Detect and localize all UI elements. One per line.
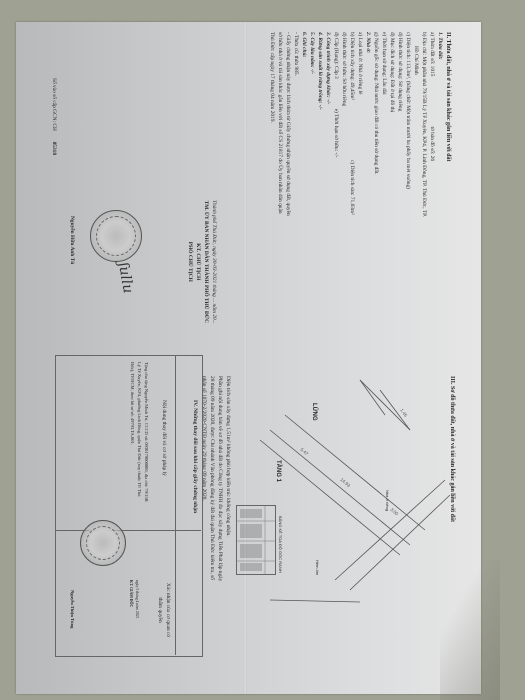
svg-text:14.93: 14.93: [339, 477, 351, 488]
map-label-neighbor: Nhà ở riêng: [385, 490, 390, 511]
map-note-3: 28 tháng 09 năm 2020, được Chi nhánh Văn…: [208, 376, 216, 581]
map-note-2: Phần ghi nội dung bản vẽ sơ đồ nhà đất d…: [216, 376, 224, 581]
confirm-date: ngày 5 tháng 4 năm 2021: [134, 580, 140, 619]
perennial-trees: 5. Cây lâu năm: -/-: [308, 32, 316, 217]
notes-heading: 6. Ghi chú:: [300, 32, 308, 217]
map-sheet-number: tờ bản đồ số: 26: [429, 126, 435, 161]
production-forest: 4. Rừng sản xuất là rừng trồng: -/-: [316, 32, 324, 217]
map-label-floor1: TẦNG 1: [275, 460, 281, 482]
section-ii-title: II. Thửa đất, nhà ở và tài sản khác gắn …: [444, 32, 452, 217]
registry-number: 05318: [51, 142, 57, 155]
registry-label: Số vào sổ cấp GCN: CH: [51, 78, 57, 131]
confirm-signer: Nguyễn Thiện Tùng: [68, 590, 76, 628]
coord-table-grid: [237, 506, 275, 574]
change-entry-3: Đức), TP.HCM, theo hồ sơ số: 49793.TA.00…: [129, 362, 136, 502]
note-split-3: Thủ Đức cấp ngày 17 tháng 04 năm 2019.: [268, 32, 276, 217]
confirm-seal-icon: [80, 520, 126, 566]
ownership-form: d) Hình thức sở hữu: Sở hữu riêng: [340, 32, 348, 217]
construction-area: b) Diện tích xây dựng: 49,45m²: [349, 32, 355, 100]
issuing-org: TM. ỦY BAN NHÂN DÂN THÀNH PHỐ THỦ ĐỨC: [202, 200, 210, 324]
kt-chairman: KT. CHỦ TỊCH: [194, 200, 202, 324]
map-label-street: Hẻm 4m: [315, 560, 320, 575]
official-seal-icon: [90, 210, 142, 262]
change-entry-2: Lý Tế Xuyên, KP4, phường Linh Đông, quận…: [136, 362, 143, 502]
map-note-1: Diện tích sàn xây dựng 1,51m² không phù …: [224, 376, 232, 581]
land-area: c) Diện tích: 113,3m², (bằng chữ: Một tr…: [404, 32, 412, 217]
address-city: Hồ Chí Minh: [412, 32, 420, 217]
table-divider: [55, 530, 201, 531]
registry-line: Số vào sổ cấp GCN: CH 05318: [50, 78, 58, 155]
vice-chairman-title: PHÓ CHỦ TỊCH: [186, 200, 194, 324]
note-old-parcel: - Thửa cũ: thửa 985.: [292, 32, 300, 217]
place-date: Thành phố Thủ Đức, ngày 30-03-2021 tháng…: [210, 200, 218, 324]
address-line: b) Địa chỉ: Một phần nhà 79/15B Lý Tế Xu…: [420, 32, 428, 217]
col-content-header: Nội dung thay đổi và cơ sở pháp lý: [160, 400, 168, 476]
change-entry-1: Tặng cho tặng Nguyễn Minh Trí, CCCD số: …: [143, 362, 150, 502]
section-ii-block: II. Thửa đất, nhà ở và tài sản khác gắn …: [268, 32, 452, 217]
signer-name: Nguyễn Hữu Anh Tú: [68, 216, 76, 264]
table-header-divider: [175, 355, 176, 655]
col-confirm-header: Xác nhận của cơ quan có thẩm quyền: [156, 580, 172, 640]
house-type: a) Loại nhà ở: Nhà ở riêng lẻ: [356, 32, 364, 217]
grade: đ) Cấp (Hạng): Cấp 3: [333, 32, 339, 79]
usage-purpose: đ) Mục đích sử dụng: Đất ở tại đô thị: [388, 32, 396, 217]
coord-table-title: BẢNG KÊ TỌA ĐỘ GÓC RANH: [278, 516, 283, 573]
usage-origin: g) Nguồn gốc sử dụng: Nhà nước giao đất …: [372, 32, 380, 217]
house-heading: 2. Nhà ở:: [364, 32, 372, 217]
usage-term: e) Thời hạn sử dụng: Lâu dài: [380, 32, 388, 217]
note-split-1: - Giấy chứng nhận này được lách thửa từ …: [284, 32, 292, 217]
parcel-number: a) Thửa đất số: 1015: [429, 32, 435, 76]
confirm-block: ngày 5 tháng 4 năm 2021 KT. GIÁM ĐỐC: [128, 580, 140, 619]
note-split-2: sở hữu nhà ở và tài sản khác gắn liền vớ…: [276, 32, 284, 217]
floor-area: c) Diện tích sàn: 71,03m²: [349, 160, 355, 215]
land-heading: 1. Thửa đất:: [436, 32, 444, 217]
ownership-term: e) Thời hạn sở hữu: -/-: [333, 109, 339, 158]
section-iv-title: IV. Những thay đổi sau khi cấp giấy chứn…: [192, 400, 198, 513]
coord-table: [236, 505, 276, 575]
signature-block: Thành phố Thủ Đức, ngày 30-03-2021 tháng…: [186, 200, 218, 324]
svg-text:1.45: 1.45: [399, 408, 408, 418]
change-entry: Tặng cho tặng Nguyễn Minh Trí, CCCD số: …: [129, 362, 150, 502]
map-label-mezzanine: LỬNG: [311, 403, 317, 421]
usage-form: d) Hình thức sử dụng: Sử dụng riêng: [396, 32, 404, 217]
other-construction: 3. Công trình xây dựng khác: -/-: [324, 32, 332, 217]
section-iii-notes: Diện tích sàn xây dựng 1,51m² không phù …: [200, 376, 232, 581]
